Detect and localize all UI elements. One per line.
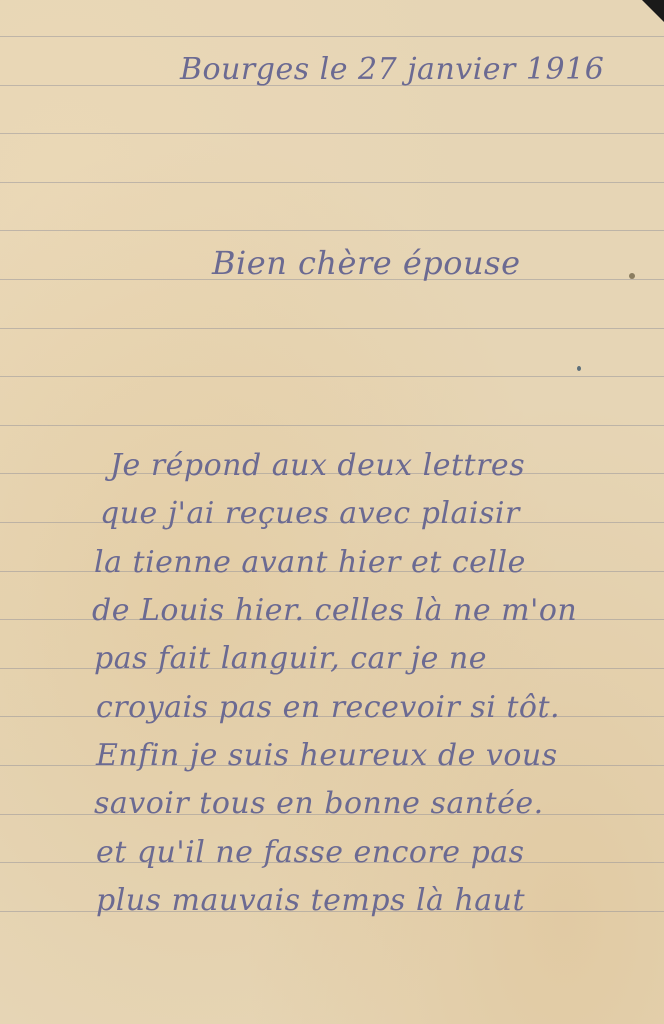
ruled-line <box>0 376 664 377</box>
letter-body-line: que j'ai reçues avec plaisir <box>100 496 520 531</box>
letter-body-line: Enfin je suis heureux de vous <box>96 738 558 773</box>
ruled-line <box>0 36 664 37</box>
ruled-line <box>0 328 664 329</box>
letter-body-line: savoir tous en bonne santée. <box>94 786 544 821</box>
letter-body-line: et qu'il ne fasse encore pas <box>96 835 525 870</box>
ink-spot <box>629 273 635 279</box>
letter-body-line: croyais pas en recevoir si tôt. <box>96 690 560 725</box>
letter-page: Bourges le 27 janvier 1916 Bien chère ép… <box>0 0 664 1024</box>
ruled-line <box>0 133 664 134</box>
letter-body-line: de Louis hier. celles là ne m'on <box>92 593 577 628</box>
letter-body-line: pas fait languir, car je ne <box>94 641 487 676</box>
letter-date: Bourges le 27 janvier 1916 <box>180 52 604 87</box>
letter-salutation: Bien chère épouse <box>212 244 521 282</box>
letter-body-line: plus mauvais temps là haut <box>96 883 525 918</box>
ruled-line <box>0 230 664 231</box>
letter-body-line: Je répond aux deux lettres <box>110 448 525 483</box>
ruled-line <box>0 425 664 426</box>
torn-corner <box>642 0 664 22</box>
letter-body-line: la tienne avant hier et celle <box>94 545 526 580</box>
ink-spot <box>577 366 581 371</box>
ruled-line <box>0 182 664 183</box>
